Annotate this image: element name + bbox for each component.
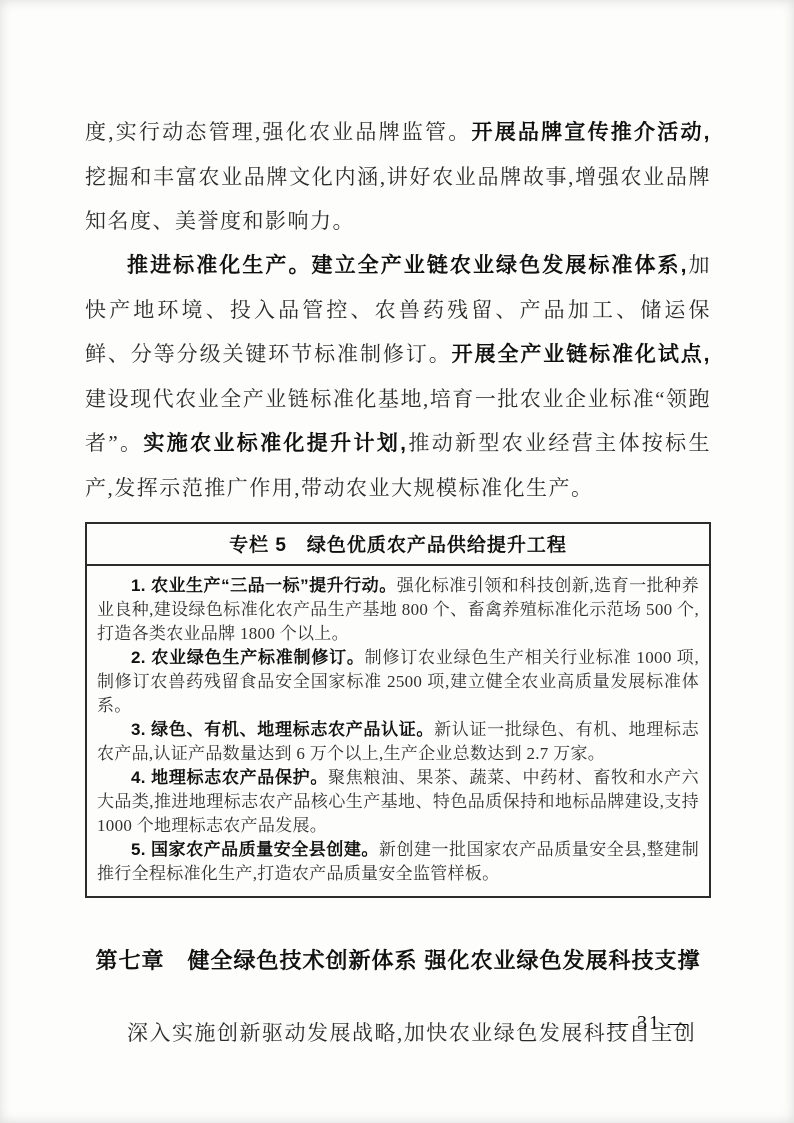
bold-text-run: 开展品牌宣传推介活动, [471, 121, 711, 144]
callout-item-3-lead: 3. 绿色、有机、地理标志农产品认证。 [131, 720, 434, 739]
callout-item-2-lead: 2. 农业绿色生产标准制修订。 [131, 648, 365, 667]
paragraph-brand-management: 度,实行动态管理,强化农业品牌监管。开展品牌宣传推介活动,挖掘和丰富农业品牌文化… [85, 110, 711, 243]
text-run: 挖掘和丰富农业品牌文化内涵,讲好农业品牌故事,增强农业品牌知名度、美誉度和影响力… [85, 165, 711, 233]
callout-box-title: 专栏 5 绿色优质农产品供给提升工程 [87, 524, 709, 566]
callout-item-1: 1. 农业生产“三品一标”提升行动。强化标准引领和科技创新,选育一批种养业良种,… [97, 574, 699, 646]
callout-item-4-lead: 4. 地理标志农产品保护。 [131, 768, 328, 787]
paragraph-standardized-production: 推进标准化生产。建立全产业链农业绿色发展标准体系,加快产地环境、投入品管控、农兽… [85, 243, 711, 510]
page-number: — 31 — [608, 1012, 690, 1035]
bold-text-run: 开展全产业链标准化试点, [452, 343, 711, 366]
bold-text-run: 推进标准化生产。建立全产业链农业绿色发展标准体系, [127, 254, 688, 277]
text-run: 度,实行动态管理,强化农业品牌监管。 [85, 120, 471, 144]
callout-item-1-lead: 1. 农业生产“三品一标”提升行动。 [131, 576, 397, 595]
callout-item-5-lead: 5. 国家农产品质量安全县创建。 [131, 840, 379, 859]
document-page: 度,实行动态管理,强化农业品牌监管。开展品牌宣传推介活动,挖掘和丰富农业品牌文化… [0, 0, 794, 1123]
callout-item-3: 3. 绿色、有机、地理标志农产品认证。新认证一批绿色、有机、地理标志农产品,认证… [97, 718, 699, 766]
callout-box-body: 1. 农业生产“三品一标”提升行动。强化标准引领和科技创新,选育一批种养业良种,… [87, 566, 709, 896]
chapter-heading: 第七章 健全绿色技术创新体系 强化农业绿色发展科技支撑 [85, 944, 711, 975]
callout-item-2: 2. 农业绿色生产标准制修订。制修订农业绿色生产相关行业标准 1000 项,制修… [97, 646, 699, 718]
page-content: 度,实行动态管理,强化农业品牌监管。开展品牌宣传推介活动,挖掘和丰富农业品牌文化… [85, 110, 711, 1055]
bold-text-run: 实施农业标准化提升计划, [143, 432, 407, 455]
callout-item-4: 4. 地理标志农产品保护。聚焦粮油、果茶、蔬菜、中药材、畜牧和水产六大品类,推进… [97, 766, 699, 838]
callout-item-5: 5. 国家农产品质量安全县创建。新创建一批国家农产品质量安全县,整建制推行全程标… [97, 838, 699, 886]
callout-box-column-5: 专栏 5 绿色优质农产品供给提升工程 1. 农业生产“三品一标”提升行动。强化标… [85, 522, 711, 898]
